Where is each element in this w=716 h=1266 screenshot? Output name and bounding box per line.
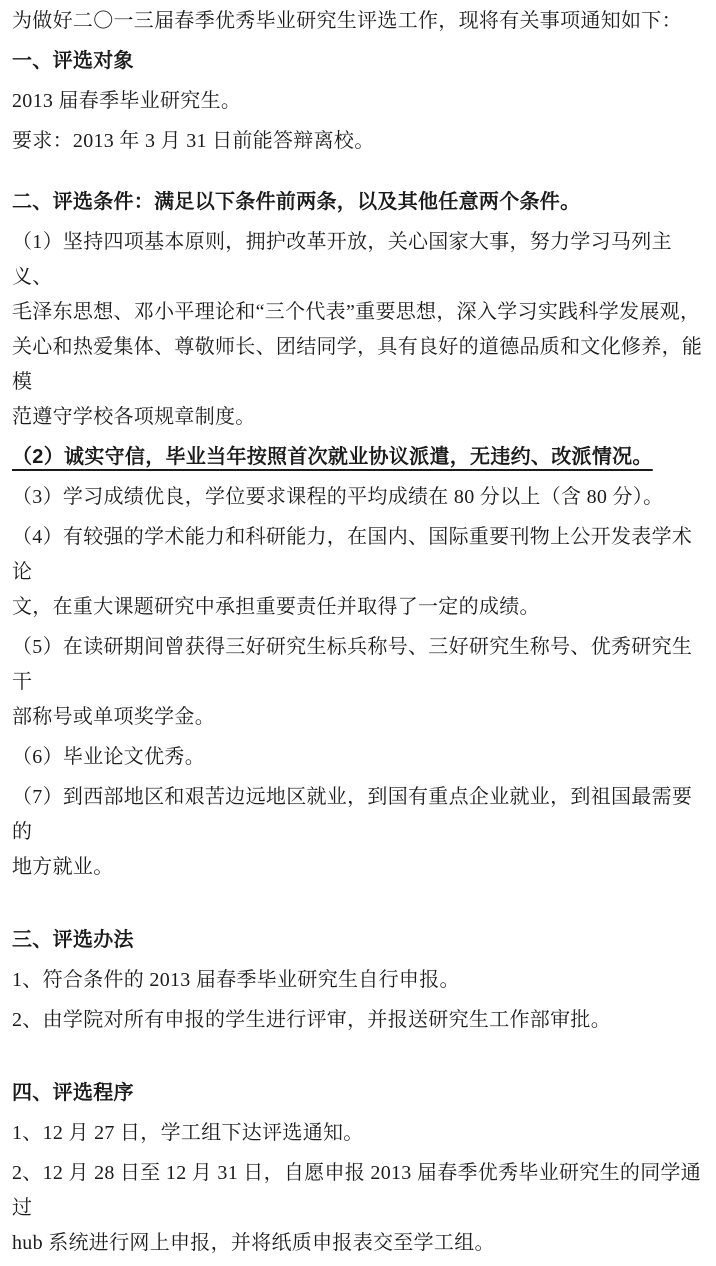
section-1-paragraph: 要求：2013 年 3 月 31 日前能答辩离校。 xyxy=(12,124,706,159)
section-2-item-7: （7）到西部地区和艰苦边远地区就业，到国有重点企业就业，到祖国最需要的 地方就业… xyxy=(12,780,706,885)
section-2-item-5: （5）在读研期间曾获得三好研究生标兵称号、三好研究生称号、优秀研究生干 部称号或… xyxy=(12,630,706,735)
section-4-heading: 四、评选程序 xyxy=(12,1076,706,1111)
section-3-heading: 三、评选办法 xyxy=(12,923,706,958)
section-1-paragraph: 2013 届春季毕业研究生。 xyxy=(12,84,706,119)
intro-paragraph: 为做好二〇一三届春季优秀毕业研究生评选工作，现将有关事项通知如下： xyxy=(12,4,706,39)
section-4-step-1: 1、12 月 27 日，学工组下达评选通知。 xyxy=(12,1116,706,1151)
section-1-heading: 一、评选对象 xyxy=(12,44,706,79)
section-2-item-3: （3）学习成绩优良，学位要求课程的平均成绩在 80 分以上（含 80 分）。 xyxy=(12,480,706,515)
section-2-heading: 二、评选条件：满足以下条件前两条，以及其他任意两个条件。 xyxy=(12,185,706,220)
section-4-step-2: 2、12 月 28 日至 12 月 31 日，自愿申报 2013 届春季优秀毕业… xyxy=(12,1156,706,1261)
notice-document: 为做好二〇一三届春季优秀毕业研究生评选工作，现将有关事项通知如下： 一、评选对象… xyxy=(0,0,716,1261)
section-3-step-2: 2、由学院对所有申报的学生进行评审，并报送研究生工作部审批。 xyxy=(12,1003,706,1038)
section-2-item-2-underlined: （2）诚实守信，毕业当年按照首次就业协议派遣，无违约、改派情况。 xyxy=(12,440,706,475)
section-3-step-1: 1、符合条件的 2013 届春季毕业研究生自行申报。 xyxy=(12,963,706,998)
section-2-item-6: （6）毕业论文优秀。 xyxy=(12,740,706,775)
section-2-item-1: （1）坚持四项基本原则，拥护改革开放，关心国家大事，努力学习马列主义、 毛泽东思… xyxy=(12,225,706,435)
section-2-item-4: （4）有较强的学术能力和科研能力，在国内、国际重要刊物上公开发表学术论 文，在重… xyxy=(12,520,706,625)
